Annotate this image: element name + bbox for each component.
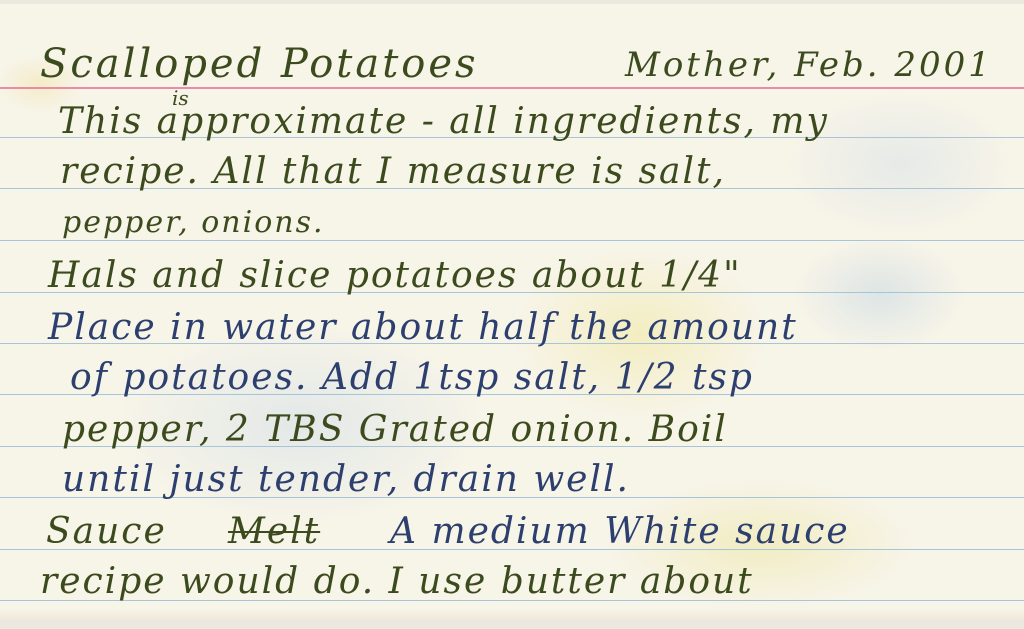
- recipe-line: This approximate - all ingredients, my: [58, 104, 829, 140]
- recipe-line: A medium White sauce: [390, 514, 850, 550]
- recipe-title: Scalloped Potatoes: [40, 44, 479, 84]
- recipe-line: Hals and slice potatoes about 1/4": [48, 258, 742, 294]
- struck-word: Melt: [228, 514, 320, 550]
- card-edge: [0, 609, 1024, 619]
- recipe-line: until just tender, drain well.: [62, 462, 630, 498]
- recipe-line: recipe. All that I measure is salt,: [60, 154, 726, 190]
- recipe-card: Scalloped Potatoes Mother, Feb. 2001 is …: [0, 4, 1024, 619]
- recipe-line: Sauce: [46, 514, 167, 550]
- recipe-attribution: Mother, Feb. 2001: [625, 48, 993, 82]
- recipe-line: Place in water about half the amount: [48, 310, 798, 346]
- margin-line: [0, 87, 1024, 89]
- recipe-line: of potatoes. Add 1tsp salt, 1/2 tsp: [70, 360, 754, 396]
- rule-line: [0, 240, 1024, 241]
- recipe-line: pepper, onions.: [62, 208, 325, 238]
- recipe-line: recipe would do. I use butter about: [40, 564, 754, 600]
- recipe-line: pepper, 2 TBS Grated onion. Boil: [62, 412, 728, 448]
